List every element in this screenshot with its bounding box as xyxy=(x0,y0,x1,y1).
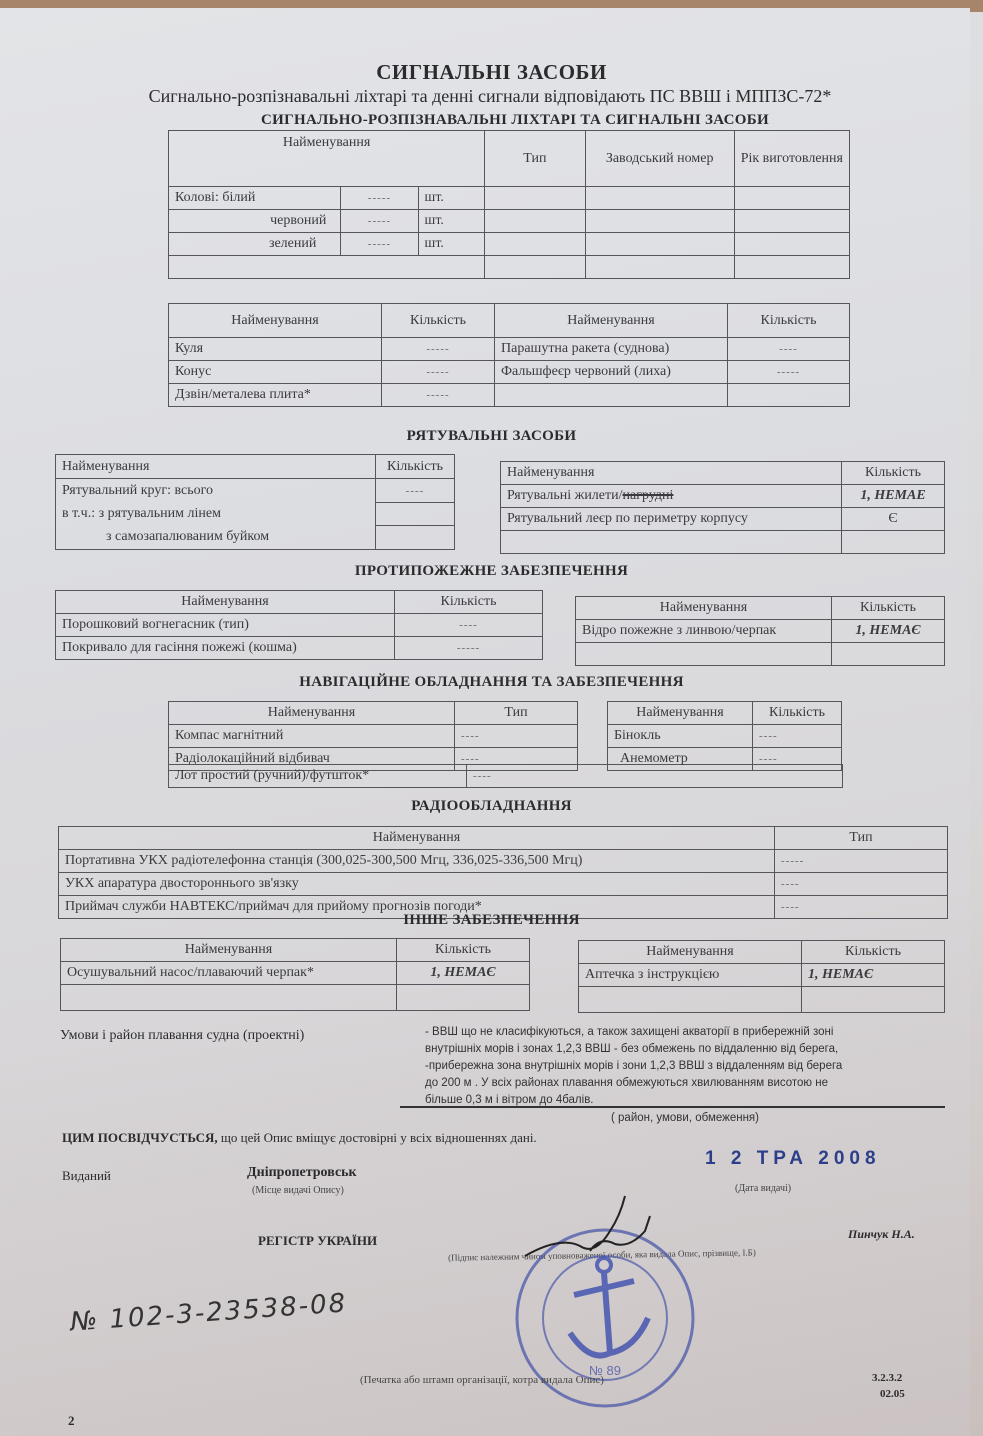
other-right-table: Найменування Кількість Аптечка з інструк… xyxy=(578,940,945,1013)
header-serial: Заводський номер xyxy=(585,131,734,187)
fire-heading: ПРОТИПОЖЕЖНЕ ЗАБЕЗПЕЧЕННЯ xyxy=(0,563,983,580)
table-row: Компас магнітний ---- xyxy=(169,725,578,748)
issue-place-caption: (Місце видачі Опису) xyxy=(252,1185,344,1196)
signals-heading: СИГНАЛЬНО-РОЗПІЗНАВАЛЬНІ ЛІХТАРІ ТА СИГН… xyxy=(170,112,860,129)
type-cell[interactable] xyxy=(485,233,585,256)
rescue-right-table: Найменування Кількість Рятувальні жилети… xyxy=(500,461,945,554)
serial-cell[interactable] xyxy=(585,233,734,256)
navigation-left-table: Найменування Тип Компас магнітний ---- Р… xyxy=(168,701,578,771)
issue-date-stamp: 1 2 ТРА 2008 xyxy=(705,1148,881,1170)
table-row xyxy=(579,987,945,1013)
signer-name: Пинчук Н.А. xyxy=(848,1227,915,1242)
signature xyxy=(520,1186,680,1276)
serial-cell[interactable] xyxy=(585,187,734,210)
serial-cell[interactable] xyxy=(585,210,734,233)
other-left-table: Найменування Кількість Осушувальний насо… xyxy=(60,938,530,1011)
fire-right-table: Найменування Кількість Відро пожежне з л… xyxy=(575,596,945,666)
table-row: зелений ----- шт. xyxy=(169,233,850,256)
navigation-right-table: Найменування Кількість Бінокль ---- Анем… xyxy=(607,701,842,771)
status-value: 1, НЕМАЄ xyxy=(802,964,945,987)
type-cell[interactable] xyxy=(485,210,585,233)
table-row: Портативна УКХ радіотелефонна станція (3… xyxy=(59,850,948,873)
certification-statement: ЦИМ ПОСВІДЧУСТЬСЯ, що цей Опис вміщує до… xyxy=(62,1130,537,1146)
table-row: Аптечка з інструкцією 1, НЕМАЄ xyxy=(579,964,945,987)
table-row: Дзвін/металева плита* ----- xyxy=(169,384,850,407)
document-title: СИГНАЛЬНІ ЗАСОБИ xyxy=(0,60,983,85)
header-year: Рік виготовлення xyxy=(734,131,849,187)
table-row: Рятувальний леєр по периметру корпусу Є xyxy=(501,508,945,531)
struck-text: нагрудні xyxy=(623,488,674,503)
table-row xyxy=(501,531,945,554)
table-row: Рятувальний круг: всього ---- xyxy=(56,479,455,503)
stamp-caption: (Печатка або штамп організації, котра ви… xyxy=(360,1374,604,1386)
table-row: УКХ апаратура двостороннього зв'язку ---… xyxy=(59,873,948,896)
issued-label: Виданий xyxy=(62,1168,111,1184)
table-row xyxy=(61,985,530,1011)
conditions-underline xyxy=(400,1106,945,1108)
document-page: СИГНАЛЬНІ ЗАСОБИ Сигнально-розпізнавальн… xyxy=(0,8,970,1436)
form-date: 02.05 xyxy=(880,1388,905,1400)
header-type: Тип xyxy=(485,131,585,187)
table-row xyxy=(576,643,945,666)
radio-heading: РАДІООБЛАДНАННЯ xyxy=(0,798,983,815)
day-signals-table: Найменування Кількість Найменування Кіль… xyxy=(168,303,850,407)
year-cell[interactable] xyxy=(734,210,849,233)
table-row: з самозапалюваним буйком xyxy=(56,526,455,550)
radio-table: Найменування Тип Портативна УКХ радіотел… xyxy=(58,826,948,919)
table-row: Колові: білий ----- шт. xyxy=(169,187,850,210)
type-cell[interactable] xyxy=(485,187,585,210)
rescue-left-table: Найменування Кількість Рятувальний круг:… xyxy=(55,454,455,550)
table-row: в т.ч.: з рятувальним лінем xyxy=(56,503,455,526)
table-row: Осушувальний насос/плаваючий черпак* 1, … xyxy=(61,962,530,985)
form-code: 3.2.3.2 xyxy=(872,1372,902,1384)
conditions-label: Умови і район плавання судна (проектні) xyxy=(60,1028,304,1044)
page-number: 2 xyxy=(68,1413,75,1429)
organization-name: РЕГІСТР УКРАЇНИ xyxy=(258,1233,377,1249)
table-row: Відро пожежне з линвою/черпак 1, НЕМАЄ xyxy=(576,620,945,643)
year-cell[interactable] xyxy=(734,187,849,210)
table-row: Покривало для гасіння пожежі (кошма) ---… xyxy=(56,637,543,660)
header-name: Найменування xyxy=(169,131,485,187)
table-row: Куля ----- Парашутна ракета (суднова) --… xyxy=(169,338,850,361)
status-value: 1, НЕМАЕ xyxy=(842,485,945,508)
issue-place: Дніпропетровськ xyxy=(247,1165,357,1181)
table-row: Бінокль ---- xyxy=(608,725,842,748)
rescue-heading: РЯТУВАЛЬНІ ЗАСОБИ xyxy=(0,428,983,445)
table-row: Рятувальні жилети/нагрудні 1, НЕМАЕ xyxy=(501,485,945,508)
registration-number: № 102-3-23538-08 xyxy=(69,1288,348,1337)
document-subtitle: Сигнально-розпізнавальні ліхтарі та денн… xyxy=(40,86,940,107)
table-row: Конус ----- Фальшфеєр червоний (лиха) --… xyxy=(169,361,850,384)
fire-left-table: Найменування Кількість Порошковий вогнег… xyxy=(55,590,543,660)
table-row: Порошковий вогнегасник (тип) ---- xyxy=(56,614,543,637)
conditions-text: - ВВШ що не класифікуються, а також захи… xyxy=(425,1024,945,1109)
conditions-caption: ( район, умови, обмеження) xyxy=(560,1110,810,1127)
signal-lights-table: Найменування Тип Заводський номер Рік ви… xyxy=(168,130,850,279)
year-cell[interactable] xyxy=(734,233,849,256)
other-heading: ІНШЕ ЗАБЕЗПЕЧЕННЯ xyxy=(0,912,983,929)
status-value: 1, НЕМАЄ xyxy=(397,962,530,985)
table-row xyxy=(169,256,850,279)
table-row: Анемометр ---- xyxy=(608,748,842,771)
status-value: Є xyxy=(842,508,945,531)
status-value: 1, НЕМАЄ xyxy=(832,620,945,643)
table-row: червоний ----- шт. xyxy=(169,210,850,233)
issue-date-caption: (Дата видачі) xyxy=(735,1183,791,1194)
navigation-heading: НАВІГАЦІЙНЕ ОБЛАДНАННЯ ТА ЗАБЕЗПЕЧЕННЯ xyxy=(0,674,983,691)
